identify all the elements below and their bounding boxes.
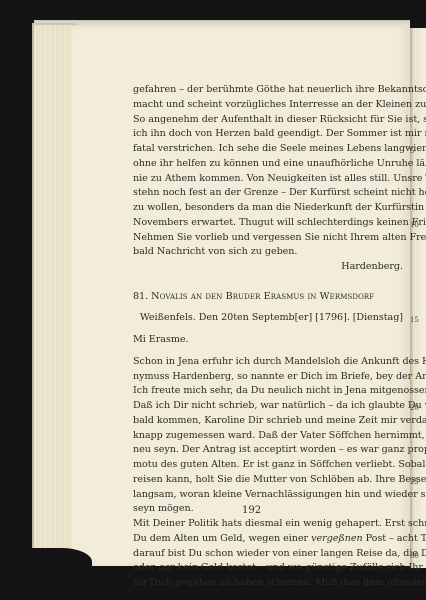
text-line: bald Nachricht von sich zu geben. bbox=[133, 245, 403, 260]
dateline: Weißenfels. Den 20ten Septemb[er] [1796]… bbox=[133, 311, 403, 326]
text-line: Schon in Jena erfuhr ich durch Mandelslo… bbox=[133, 355, 403, 370]
text-line: Mit Deiner Politik hats diesmal ein weni… bbox=[133, 517, 403, 532]
text-line: Daß ich Dir nicht schrieb, war natürlich… bbox=[133, 399, 403, 414]
line-number: 10 bbox=[410, 218, 419, 233]
text-line: stehn noch fest an der Grenze – Der Kurf… bbox=[133, 186, 403, 201]
line-number: 25 bbox=[410, 475, 419, 490]
text-line: Du dem Alten um Geld, wegen einer vergeß… bbox=[133, 532, 403, 547]
text-line: langsam, woran kleine Vernachlässigungen… bbox=[133, 488, 403, 503]
line-number: 15 bbox=[410, 313, 419, 328]
text-line: motu des guten Alten. Er ist ganz in Söf… bbox=[133, 458, 403, 473]
text-line: darauf bist Du schon wieder von einer la… bbox=[133, 547, 403, 562]
text-line: nie zu Athem kommen. Von Neuigkeiten ist… bbox=[133, 172, 403, 187]
page-number: 192 bbox=[242, 505, 261, 516]
text-line: fatal verstrichen. Ich sehe die Seele me… bbox=[133, 142, 403, 157]
text-line: macht und scheint vorzügliches Interress… bbox=[133, 98, 403, 113]
spacer bbox=[133, 326, 403, 333]
spacer bbox=[133, 348, 403, 355]
text-line: zu wollen, besonders da man die Niederku… bbox=[133, 201, 403, 216]
letter-number: 81. bbox=[133, 291, 148, 302]
page-stack-bottom-curve bbox=[32, 548, 92, 570]
text-line: Ich freute mich sehr, da Du neulich nich… bbox=[133, 384, 403, 399]
page-text: gefahren – der berühmte Göthe hat neuerl… bbox=[133, 83, 403, 591]
text-line: für Dich gegeben zu haben scheinen. Muß … bbox=[133, 576, 403, 591]
salutation: Mi Erasme. bbox=[133, 333, 403, 348]
text-line: reisen kann, holt Sie die Mutter von Sch… bbox=[133, 473, 403, 488]
text-line: So angenehm der Aufenthalt in dieser Rüc… bbox=[133, 113, 403, 128]
spacer bbox=[133, 275, 403, 290]
text-line: nymuss Hardenberg, so nannte er Dich im … bbox=[133, 370, 403, 385]
text-line: knapp zugemessen ward. Daß der Vater Söf… bbox=[133, 429, 403, 444]
text-line: Nehmen Sie vorlieb und vergessen Sie nic… bbox=[133, 231, 403, 246]
letter-heading: 81. Novalis an den Bruder Erasmus in Wer… bbox=[133, 290, 403, 305]
text-line: neu seyn. Der Antrag ist acceptirt worde… bbox=[133, 443, 403, 458]
text-line: ich ihn doch von Herzen bald geendigt. D… bbox=[133, 127, 403, 142]
signature: Hardenberg. bbox=[133, 260, 403, 275]
spacer bbox=[133, 304, 403, 311]
line-number: 5 bbox=[410, 144, 414, 159]
letter-title: Novalis an den Bruder Erasmus in Wermsdo… bbox=[151, 291, 374, 302]
text-line: bald kommen, Karoline Dir schrieb und me… bbox=[133, 414, 403, 429]
text-line: ohne ihr helfen zu können und eine unauf… bbox=[133, 157, 403, 172]
text-line: gefahren – der berühmte Göthe hat neuerl… bbox=[133, 83, 403, 98]
line-number: 20 bbox=[410, 401, 419, 416]
text-line: seyn mögen. bbox=[133, 502, 403, 517]
text-line: oder gar kein Geld kostet – und wo günst… bbox=[133, 561, 403, 576]
text-line: Novembers erwartet. Thugut will schlecht… bbox=[133, 216, 403, 231]
